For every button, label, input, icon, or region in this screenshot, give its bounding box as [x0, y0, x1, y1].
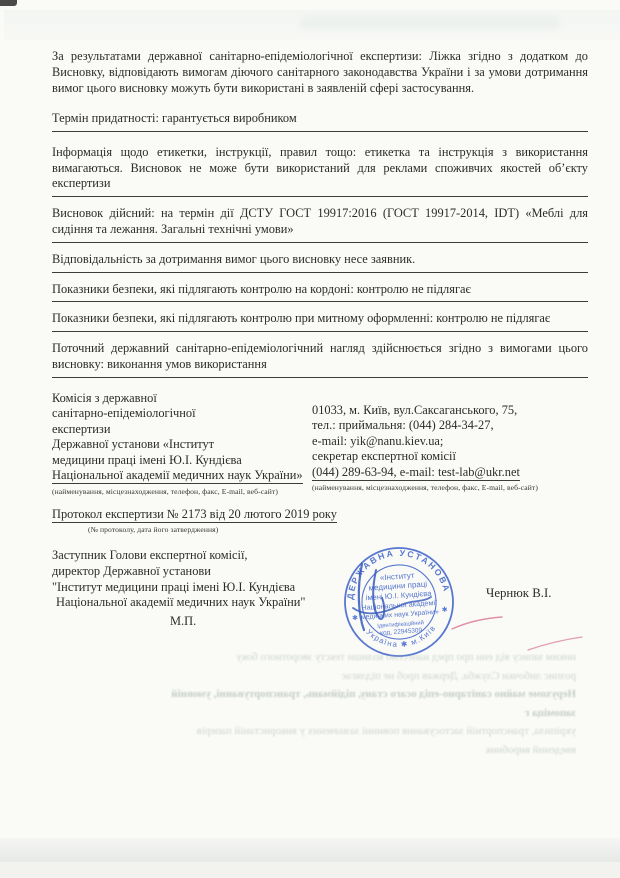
contact-secretary: секретар експертної комісії — [312, 449, 588, 465]
results-paragraph: За результатами державної санітарно-епід… — [52, 48, 588, 96]
signatory-title-line: Заступник Голови експертної комісії, — [52, 548, 588, 564]
contact-phone: тел.: приймальня: (044) 284-34-27, — [312, 418, 588, 434]
commission-line: експертизи — [52, 422, 312, 438]
scan-bottom-edge — [0, 862, 620, 878]
customs-control-line: Показники безпеки, які підлягають контро… — [52, 311, 588, 332]
signatory-title-line: директор Державної установи — [52, 564, 588, 580]
scan-smudge — [300, 16, 560, 30]
handwritten-signature — [340, 550, 460, 650]
scanned-document-page: За результатами державної санітарно-епід… — [0, 0, 620, 878]
border-control-line: Показники безпеки, які підлягають контро… — [52, 282, 588, 303]
protocol-section: Протокол експертизи № 2173 від 20 лютого… — [52, 506, 588, 535]
scan-bottom-band — [0, 838, 620, 862]
commission-line-underlined: Національної академії медичних наук Укра… — [52, 468, 303, 484]
document-body: За результатами державної санітарно-епід… — [52, 48, 588, 630]
commission-contacts-section: Комісія з державної санітарно-епідеміоло… — [52, 391, 588, 497]
contact-email: e-mail: yik@nanu.kiev.ua; — [312, 434, 588, 450]
labeling-paragraph: Інформація щодо етикетки, інструкції, пр… — [52, 145, 588, 197]
commission-contact-caption: (найменування, місцезнаходження, телефон… — [312, 483, 588, 493]
shelf-life-line: Термін придатності: гарантується виробни… — [52, 111, 588, 132]
contact-address: 01033, м. Київ, вул.Саксаганського, 75, — [312, 403, 588, 419]
commission-name-caption: (найменування, місцезнаходження, телефон… — [52, 487, 312, 497]
protocol-number-line: Протокол експертизи № 2173 від 20 лютого… — [52, 507, 337, 523]
supervision-paragraph: Поточний державний санітарно-епідеміолог… — [52, 341, 588, 378]
commission-line: санітарно-епідеміологічної — [52, 406, 312, 422]
contact-secretary-phone-email: (044) 289-63-94, e-mail: test-lab@ukr.ne… — [312, 465, 520, 481]
bleed-through-text: никим запису від енн про пред нанесено к… — [42, 648, 576, 759]
commission-name-column: Комісія з державної санітарно-епідеміоло… — [52, 391, 312, 497]
commission-contact-column: 01033, м. Київ, вул.Саксаганського, 75, … — [312, 403, 588, 497]
commission-line: медицини праці імені Ю.І. Кундієва — [52, 453, 312, 469]
validity-paragraph: Висновок дійсний: на термін дії ДСТУ ГОС… — [52, 206, 588, 243]
commission-line: Державної установи «Інститут — [52, 437, 312, 453]
commission-line: Комісія з державної — [52, 391, 312, 407]
signatory-name: Чернюк В.І. — [486, 586, 551, 601]
responsibility-line: Відповідальність за дотримання вимог цьо… — [52, 252, 588, 273]
scan-corner-artifact — [0, 0, 17, 6]
protocol-caption: (№ протоколу, дата його затвердження) — [52, 525, 588, 535]
